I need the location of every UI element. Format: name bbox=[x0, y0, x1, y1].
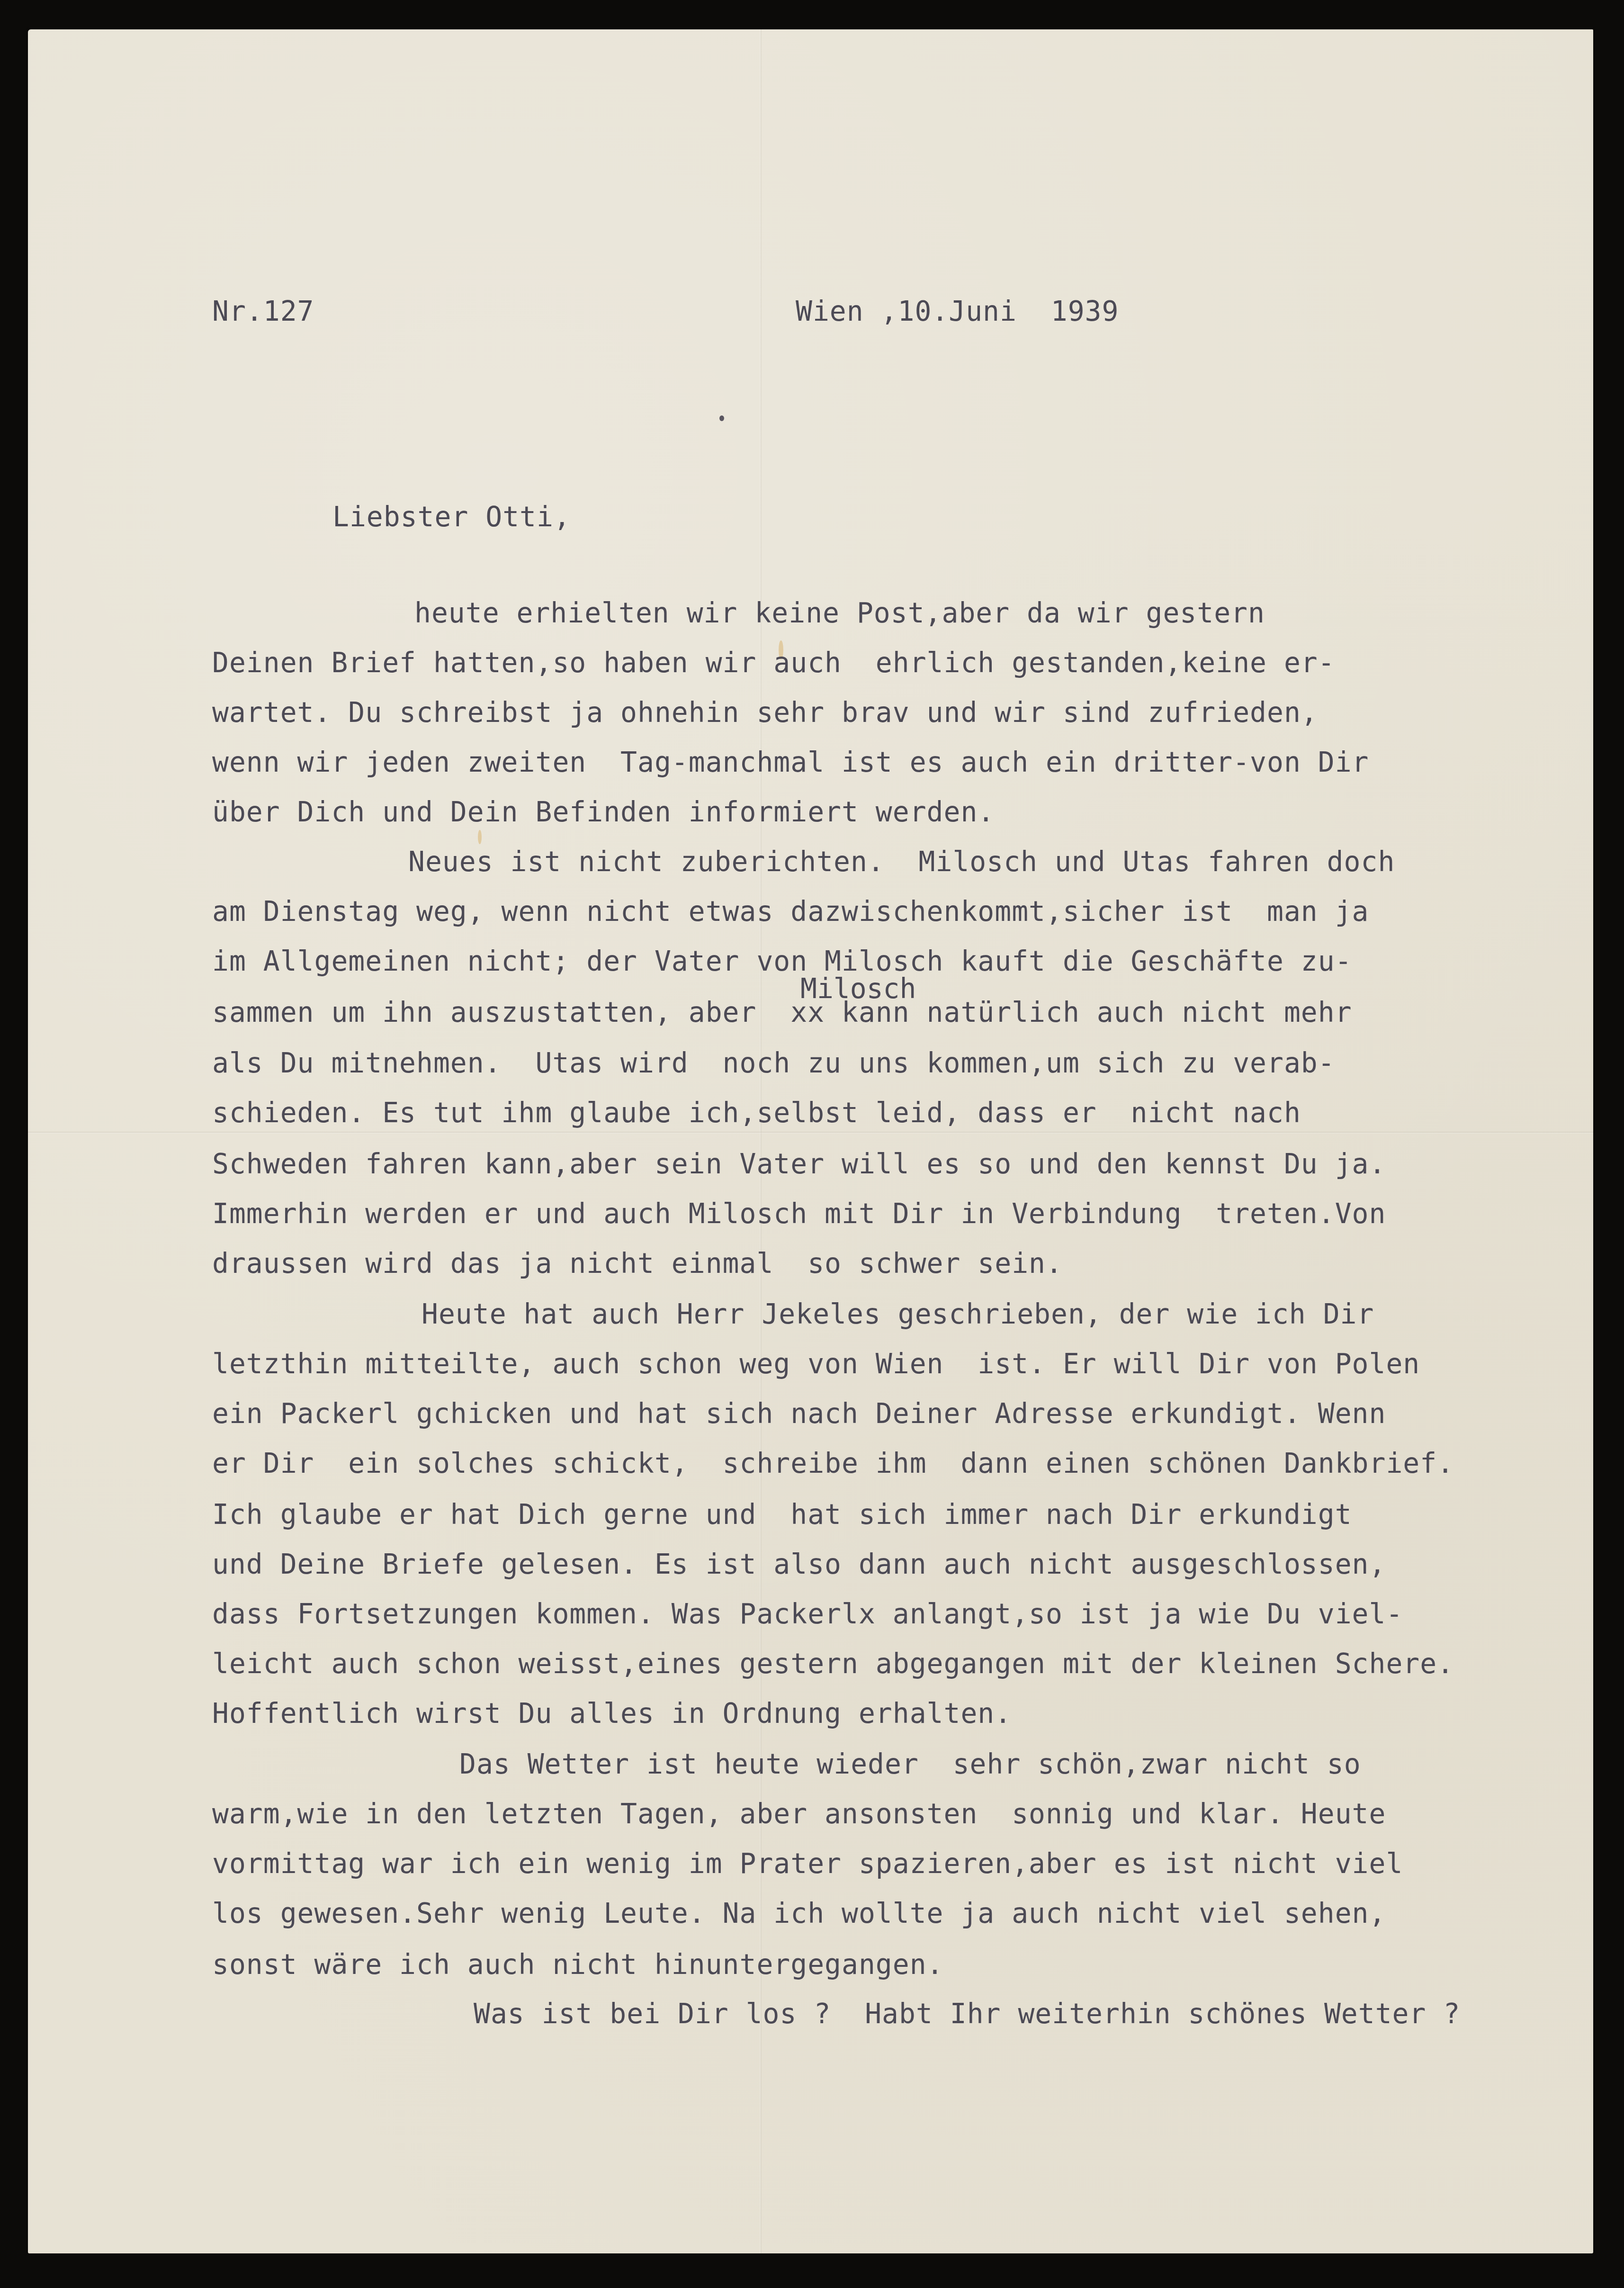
salutation: Liebster Otti, bbox=[332, 503, 571, 531]
letter-line: Schweden fahren kann,aber sein Vater wil… bbox=[212, 1150, 1386, 1178]
letter-line: Immerhin werden er und auch Milosch mit … bbox=[212, 1200, 1386, 1227]
letter-line: Das Wetter ist heute wieder sehr schön,z… bbox=[459, 1750, 1361, 1778]
paper-stain bbox=[478, 830, 482, 844]
letter-line: dass Fortsetzungen kommen. Was Packerlx … bbox=[212, 1600, 1403, 1628]
letter-line: schieden. Es tut ihm glaube ich,selbst l… bbox=[212, 1099, 1301, 1126]
letter-line: wartet. Du schreibst ja ohnehin sehr bra… bbox=[212, 699, 1318, 726]
letter-line: heute erhielten wir keine Post,aber da w… bbox=[414, 599, 1265, 627]
letter-line: Deinen Brief hatten,so haben wir auch eh… bbox=[212, 649, 1335, 676]
letter-line: Ich glaube er hat Dich gerne und hat sic… bbox=[212, 1501, 1352, 1528]
letter-line: sonst wäre ich auch nicht hinuntergegang… bbox=[212, 1951, 944, 1978]
letter-line: ein Packerl gchicken und hat sich nach D… bbox=[212, 1400, 1386, 1427]
letter-line: draussen wird das ja nicht einmal so sch… bbox=[212, 1250, 1063, 1277]
letter-line: Neues ist nicht zuberichten. Milosch und… bbox=[408, 848, 1395, 875]
letter-line: sammen um ihn auszustatten, aber xx kann… bbox=[212, 999, 1352, 1026]
horizontal-fold-crease bbox=[28, 1132, 1593, 1134]
letter-line: leicht auch schon weisst,eines gestern a… bbox=[212, 1650, 1454, 1677]
letter-line: er Dir ein solches schickt, schreibe ihm… bbox=[212, 1450, 1454, 1477]
letter-line: als Du mitnehmen. Utas wird noch zu uns … bbox=[212, 1049, 1335, 1077]
place-and-date: Wien ,10.Juni 1939 bbox=[796, 297, 1119, 325]
letter-line: Was ist bei Dir los ? Habt Ihr weiterhin… bbox=[474, 2000, 1460, 2027]
ink-dot bbox=[719, 415, 724, 421]
letter-line: im Allgemeinen nicht; der Vater von Milo… bbox=[212, 947, 1352, 975]
letter-line: und Deine Briefe gelesen. Es ist also da… bbox=[212, 1550, 1386, 1578]
letter-line: warm,wie in den letzten Tagen, aber anso… bbox=[212, 1800, 1386, 1828]
letter-line: letzthin mitteilte, auch schon weg von W… bbox=[212, 1350, 1420, 1378]
letter-line: Hoffentlich wirst Du alles in Ordnung er… bbox=[212, 1700, 1012, 1727]
letter-line: am Dienstag weg, wenn nicht etwas dazwis… bbox=[212, 898, 1369, 925]
letter-line: über Dich und Dein Befinden informiert w… bbox=[212, 798, 995, 826]
letter-number: Nr.127 bbox=[212, 297, 314, 325]
letter-line: Heute hat auch Herr Jekeles geschrieben,… bbox=[422, 1300, 1374, 1328]
letter-line: los gewesen.Sehr wenig Leute. Na ich wol… bbox=[212, 1900, 1386, 1927]
letter-line: vormittag war ich ein wenig im Prater sp… bbox=[212, 1850, 1403, 1877]
letter-line: wenn wir jeden zweiten Tag-manchmal ist … bbox=[212, 748, 1369, 776]
